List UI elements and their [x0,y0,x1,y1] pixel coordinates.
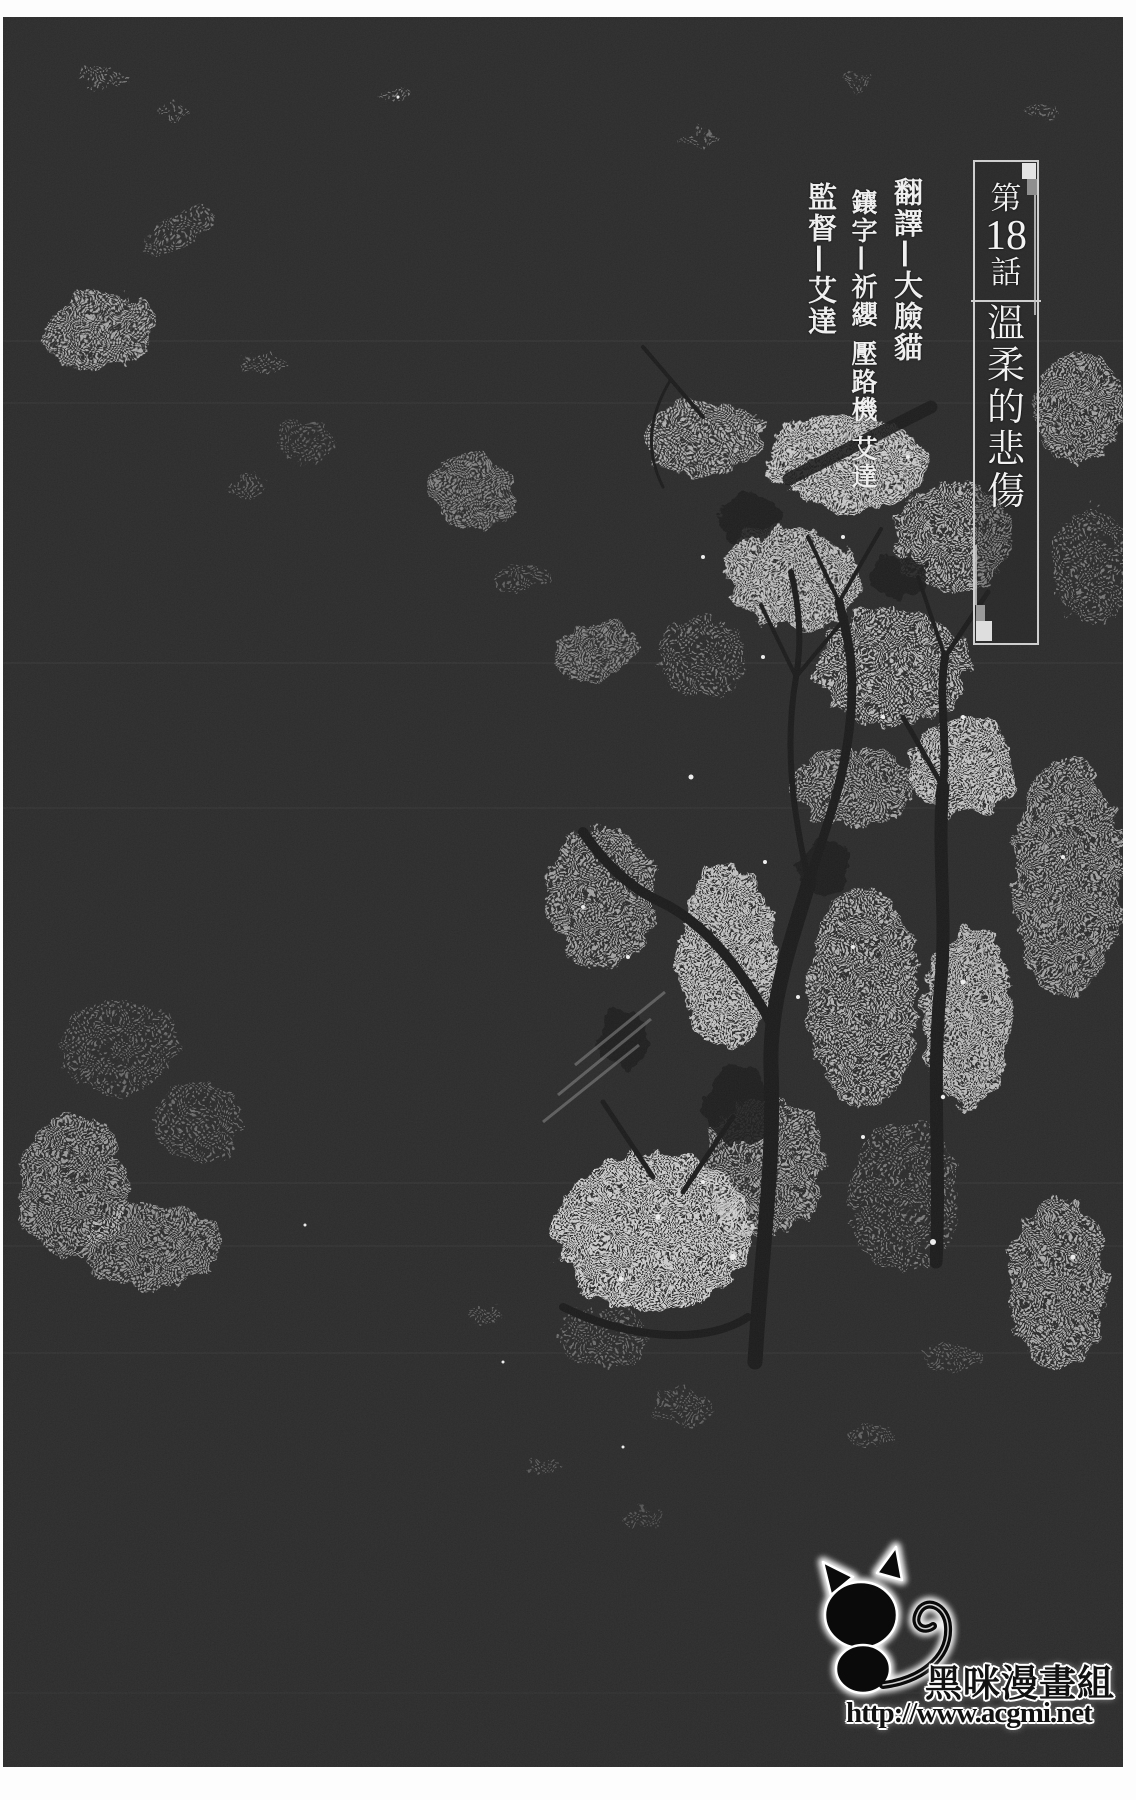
chapter-title-char: 傷 [987,470,1025,512]
chapter-title-char: 悲 [987,428,1025,470]
chapter-title-char: 柔 [987,344,1025,386]
corner-ornament-top-line [1034,195,1036,315]
chapter-title-char: 的 [987,386,1025,428]
corner-ornament-top-bright [1022,163,1036,179]
corner-ornament-bottom-line [975,545,977,605]
credit-translator: 翻譯—大臉貓 [887,177,928,363]
page: 第 18 話 溫 柔 的 悲 傷 翻譯—大臉貓 鑲字—祈纓 壓路機 艾達 監督—… [3,17,1123,1767]
corner-ornament-top-gray [1027,179,1037,195]
credit-supervisor: 監督—艾達 [801,182,842,337]
chapter-number: 18 [985,216,1027,256]
watermark-url: http://www.acgmi.net [846,1697,1092,1730]
corner-ornament-bottom-bright [976,621,992,641]
manga-page-scan: 第 18 話 溫 柔 的 悲 傷 翻譯—大臉貓 鑲字—祈纓 壓路機 艾達 監督—… [0,0,1136,1800]
credit-typesetter: 鑲字—祈纓 壓路機 艾達 [844,189,881,491]
night-trees-artwork [3,17,1123,1767]
chapter-suffix: 話 [991,256,1022,290]
chapter-prefix: 第 [991,182,1022,216]
chapter-title-box: 第 18 話 溫 柔 的 悲 傷 [973,160,1039,645]
chapter-title-char: 溫 [987,302,1025,344]
